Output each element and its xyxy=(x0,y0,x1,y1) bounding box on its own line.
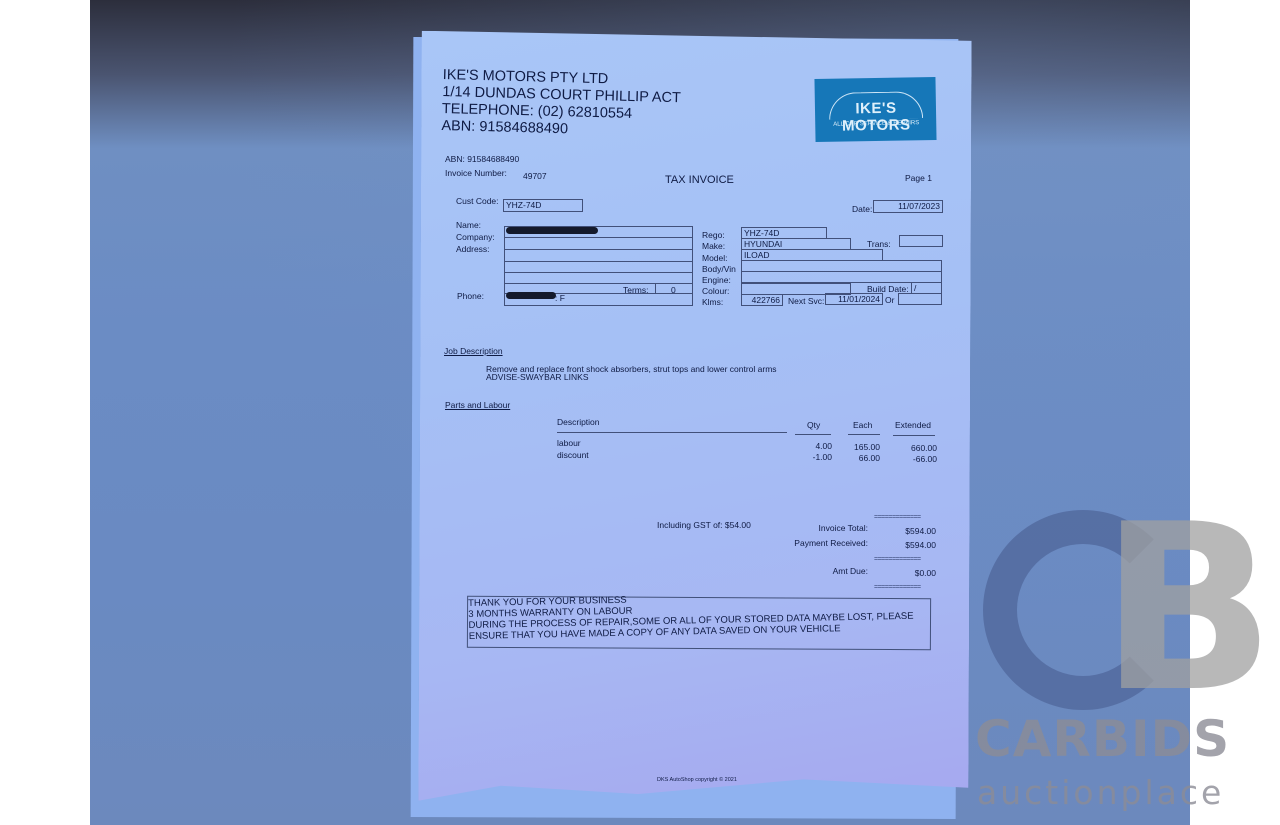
divider xyxy=(504,283,693,284)
parts-labour-heading: Parts and Labour xyxy=(445,400,510,410)
phone-suffix: : F xyxy=(555,293,565,303)
or-label: Or xyxy=(885,295,894,305)
notice-text: THANK YOU FOR YOUR BUSINESS 3 MONTHS WAR… xyxy=(468,589,914,642)
invoice-number: 49707 xyxy=(523,171,547,181)
invoice-number-label: Invoice Number: xyxy=(445,168,507,178)
date-field: 11/07/2023 xyxy=(873,200,943,213)
engine-label: Engine: xyxy=(702,275,731,285)
row-description: labour xyxy=(557,438,581,448)
cust-code-field: YHZ-74D xyxy=(503,199,583,212)
divider xyxy=(504,261,693,262)
or-field xyxy=(898,293,942,305)
name-label: Name: xyxy=(456,220,481,230)
watermark-b: B xyxy=(1100,510,1275,710)
rego-label: Rego: xyxy=(702,230,725,240)
trans-label: Trans: xyxy=(867,239,891,249)
watermark-brand: CARBIDS xyxy=(975,710,1230,768)
row-each: 66.00 xyxy=(840,453,880,463)
row-extended: 660.00 xyxy=(890,443,937,453)
invoice-total-label: Invoice Total: xyxy=(770,523,868,533)
invoice-abn: ABN: 91584688490 xyxy=(445,154,519,164)
divider xyxy=(655,284,656,294)
redacted-name xyxy=(506,227,598,234)
row-extended: -66.00 xyxy=(890,454,937,464)
model-label: Model: xyxy=(702,253,728,263)
body-vin-label: Body/Vin xyxy=(702,264,736,274)
kms-field: 422766 xyxy=(741,294,783,306)
kms-label: Klms: xyxy=(702,297,723,307)
next-svc-field: 11/01/2024 xyxy=(825,293,883,305)
date-label: Date: xyxy=(852,204,872,214)
divider xyxy=(893,435,935,436)
col-each: Each xyxy=(853,420,872,430)
watermark-sub: auctionplace xyxy=(977,773,1224,812)
business-header: IKE'S MOTORS PTY LTD 1/14 DUNDAS COURT P… xyxy=(441,67,681,141)
separator: ============= xyxy=(874,514,921,521)
divider xyxy=(504,272,693,273)
col-extended: Extended xyxy=(895,420,931,430)
divider xyxy=(848,434,880,435)
row-qty: 4.00 xyxy=(790,441,832,451)
row-qty: -1.00 xyxy=(790,452,832,462)
job-description-heading: Job Description xyxy=(444,346,503,356)
separator: ============= xyxy=(874,556,921,563)
divider xyxy=(504,237,693,238)
redacted-phone xyxy=(506,292,556,299)
trans-field xyxy=(899,235,943,247)
divider xyxy=(795,434,831,435)
col-description: Description xyxy=(557,417,600,427)
payment-received-label: Payment Received: xyxy=(760,538,868,548)
divider xyxy=(557,432,787,433)
page-number: Page 1 xyxy=(905,173,932,183)
address-label: Address: xyxy=(456,244,490,254)
row-each: 165.00 xyxy=(840,442,880,452)
logo-name: IKE'S MOTORS xyxy=(821,99,932,135)
invoice-total: $594.00 xyxy=(890,526,936,536)
row-description: discount xyxy=(557,450,589,460)
gst-note: Including GST of: $54.00 xyxy=(657,520,751,530)
make-label: Make: xyxy=(702,241,725,251)
next-svc-label: Next Svc: xyxy=(788,296,824,306)
payment-received: $594.00 xyxy=(890,540,936,550)
job-line: ADVISE-SWAYBAR LINKS xyxy=(486,372,589,382)
amt-due-label: Amt Due: xyxy=(790,566,868,576)
invoice-title: TAX INVOICE xyxy=(665,174,734,186)
cust-code-label: Cust Code: xyxy=(456,196,499,206)
col-qty: Qty xyxy=(807,420,820,430)
company-label: Company: xyxy=(456,232,495,242)
carbids-watermark: B CARBIDS auctionplace xyxy=(975,505,1260,820)
company-logo: IKE'S MOTORS ALL CAR SERVICE & REPAIRS xyxy=(814,77,936,142)
phone-label: Phone: xyxy=(457,291,484,301)
divider xyxy=(504,249,693,250)
copyright: DKS AutoShop copyright © 2021 xyxy=(657,777,737,783)
colour-label: Colour: xyxy=(702,286,729,296)
amt-due: $0.00 xyxy=(890,568,936,578)
invoice-paper xyxy=(418,31,971,803)
